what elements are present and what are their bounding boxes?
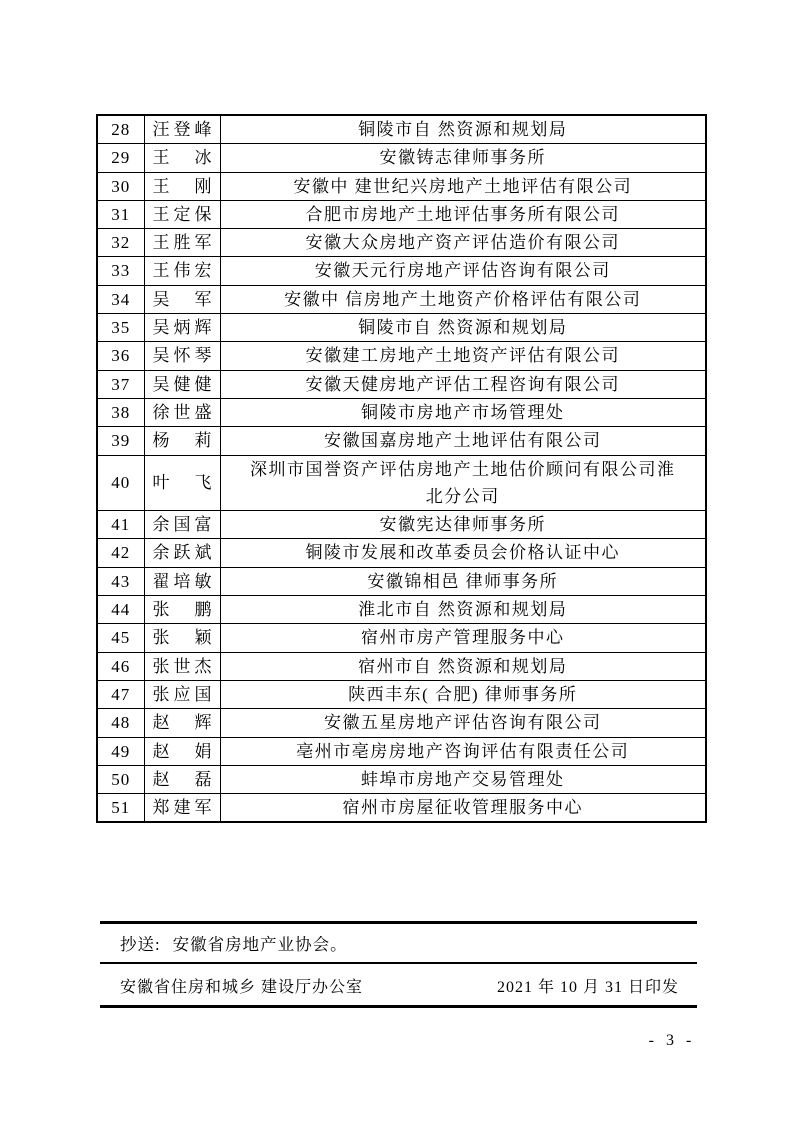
table-row: 42 余跃斌 铜陵市发展和改革委员会价格认证中心 (97, 539, 706, 567)
row-number: 46 (97, 652, 144, 680)
person-name: 张 颖 (144, 624, 220, 652)
cc-value: 安徽省房地产业协会。 (173, 935, 348, 954)
organization: 合肥市房地产土地评估事务所有限公司 (220, 200, 706, 228)
person-name: 赵 辉 (144, 709, 220, 737)
roster-table: 28 汪登峰 铜陵市自 然资源和规划局 29 王 冰 安徽铸志律师事务所 30 … (96, 114, 707, 823)
cc-label: 抄送: (120, 935, 161, 954)
person-name: 徐世盛 (144, 398, 220, 426)
organization: 淮北市自 然资源和规划局 (220, 596, 706, 624)
person-name: 吴 军 (144, 285, 220, 313)
organization: 蚌埠市房地产交易管理处 (220, 765, 706, 793)
person-name: 汪登峰 (144, 115, 220, 144)
row-number: 36 (97, 342, 144, 370)
organization: 安徽中 信房地产土地资产价格评估有限公司 (220, 285, 706, 313)
person-name: 吴炳辉 (144, 314, 220, 342)
table-row: 40 叶 飞 深圳市国誉资产评估房地产土地估价顾问有限公司淮北分公司 (97, 455, 706, 511)
organization: 安徽国嘉房地产土地评估有限公司 (220, 427, 706, 455)
organization: 铜陵市发展和改革委员会价格认证中心 (220, 539, 706, 567)
row-number: 42 (97, 539, 144, 567)
person-name: 王胜军 (144, 229, 220, 257)
table-row: 37 吴健健 安徽天健房地产评估工程咨询有限公司 (97, 370, 706, 398)
table-row: 30 王 刚 安徽中 建世纪兴房地产土地评估有限公司 (97, 172, 706, 200)
table-row: 36 吴怀琴 安徽建工房地产土地资产评估有限公司 (97, 342, 706, 370)
organization: 陕西丰东( 合肥) 律师事务所 (220, 680, 706, 708)
row-number: 45 (97, 624, 144, 652)
issuer-line: 安徽省住房和城乡 建设厅办公室 2021 年 10 月 31 日印发 (100, 976, 697, 1000)
organization: 铜陵市自 然资源和规划局 (220, 115, 706, 144)
row-number: 48 (97, 709, 144, 737)
organization: 安徽大众房地产资产评估造价有限公司 (220, 229, 706, 257)
person-name: 翟培敏 (144, 567, 220, 595)
table-row: 39 杨 莉 安徽国嘉房地产土地评估有限公司 (97, 427, 706, 455)
row-number: 43 (97, 567, 144, 595)
page-number: - 3 - (627, 1030, 717, 1052)
organization: 亳州市亳房房地产咨询评估有限责任公司 (220, 737, 706, 765)
table-row: 32 王胜军 安徽大众房地产资产评估造价有限公司 (97, 229, 706, 257)
row-number: 31 (97, 200, 144, 228)
person-name: 赵 磊 (144, 765, 220, 793)
row-number: 34 (97, 285, 144, 313)
row-number: 28 (97, 115, 144, 144)
table-row: 34 吴 军 安徽中 信房地产土地资产价格评估有限公司 (97, 285, 706, 313)
table-row: 29 王 冰 安徽铸志律师事务所 (97, 144, 706, 172)
organization: 安徽天健房地产评估工程咨询有限公司 (220, 370, 706, 398)
table-row: 45 张 颖 宿州市房产管理服务中心 (97, 624, 706, 652)
organization: 安徽铸志律师事务所 (220, 144, 706, 172)
person-name: 余国富 (144, 511, 220, 539)
organization: 安徽锦相邑 律师事务所 (220, 567, 706, 595)
footer-rule-top (100, 921, 697, 924)
table-row: 35 吴炳辉 铜陵市自 然资源和规划局 (97, 314, 706, 342)
table-row: 49 赵 娟 亳州市亳房房地产咨询评估有限责任公司 (97, 737, 706, 765)
person-name: 赵 娟 (144, 737, 220, 765)
row-number: 33 (97, 257, 144, 285)
document-page: 28 汪登峰 铜陵市自 然资源和规划局 29 王 冰 安徽铸志律师事务所 30 … (0, 0, 793, 1122)
person-name: 王定保 (144, 200, 220, 228)
table-row: 28 汪登峰 铜陵市自 然资源和规划局 (97, 115, 706, 144)
cc-line: 抄送:安徽省房地产业协会。 (100, 933, 697, 957)
table-row: 31 王定保 合肥市房地产土地评估事务所有限公司 (97, 200, 706, 228)
organization: 深圳市国誉资产评估房地产土地估价顾问有限公司淮北分公司 (220, 455, 706, 511)
person-name: 张世杰 (144, 652, 220, 680)
organization: 宿州市自 然资源和规划局 (220, 652, 706, 680)
organization: 铜陵市自 然资源和规划局 (220, 314, 706, 342)
organization: 宿州市房产管理服务中心 (220, 624, 706, 652)
organization: 安徽五星房地产评估咨询有限公司 (220, 709, 706, 737)
table-row: 44 张 鹏 淮北市自 然资源和规划局 (97, 596, 706, 624)
issuer-office: 安徽省住房和城乡 建设厅办公室 (120, 976, 363, 1000)
row-number: 29 (97, 144, 144, 172)
table-row: 33 王伟宏 安徽天元行房地产评估咨询有限公司 (97, 257, 706, 285)
print-date: 2021 年 10 月 31 日印发 (497, 976, 679, 1000)
table-row: 43 翟培敏 安徽锦相邑 律师事务所 (97, 567, 706, 595)
person-name: 杨 莉 (144, 427, 220, 455)
table-row: 47 张应国 陕西丰东( 合肥) 律师事务所 (97, 680, 706, 708)
row-number: 41 (97, 511, 144, 539)
organization: 安徽建工房地产土地资产评估有限公司 (220, 342, 706, 370)
row-number: 30 (97, 172, 144, 200)
row-number: 38 (97, 398, 144, 426)
person-name: 张应国 (144, 680, 220, 708)
table-row: 38 徐世盛 铜陵市房地产市场管理处 (97, 398, 706, 426)
roster-table-body: 28 汪登峰 铜陵市自 然资源和规划局 29 王 冰 安徽铸志律师事务所 30 … (97, 115, 706, 822)
person-name: 叶 飞 (144, 455, 220, 511)
row-number: 40 (97, 455, 144, 511)
organization: 宿州市房屋征收管理服务中心 (220, 794, 706, 823)
person-name: 张 鹏 (144, 596, 220, 624)
table-row: 51 郑建军 宿州市房屋征收管理服务中心 (97, 794, 706, 823)
row-number: 37 (97, 370, 144, 398)
row-number: 44 (97, 596, 144, 624)
row-number: 32 (97, 229, 144, 257)
person-name: 吴健健 (144, 370, 220, 398)
organization: 安徽天元行房地产评估咨询有限公司 (220, 257, 706, 285)
row-number: 50 (97, 765, 144, 793)
table-row: 48 赵 辉 安徽五星房地产评估咨询有限公司 (97, 709, 706, 737)
person-name: 王 刚 (144, 172, 220, 200)
person-name: 王 冰 (144, 144, 220, 172)
table-row: 50 赵 磊 蚌埠市房地产交易管理处 (97, 765, 706, 793)
organization: 安徽宪达律师事务所 (220, 511, 706, 539)
row-number: 35 (97, 314, 144, 342)
table-row: 41 余国富 安徽宪达律师事务所 (97, 511, 706, 539)
row-number: 47 (97, 680, 144, 708)
row-number: 51 (97, 794, 144, 823)
person-name: 郑建军 (144, 794, 220, 823)
organization: 安徽中 建世纪兴房地产土地评估有限公司 (220, 172, 706, 200)
organization: 铜陵市房地产市场管理处 (220, 398, 706, 426)
footer-rule-bottom (100, 1005, 697, 1008)
row-number: 49 (97, 737, 144, 765)
person-name: 王伟宏 (144, 257, 220, 285)
table-row: 46 张世杰 宿州市自 然资源和规划局 (97, 652, 706, 680)
footer-rule-middle (100, 962, 697, 964)
person-name: 余跃斌 (144, 539, 220, 567)
person-name: 吴怀琴 (144, 342, 220, 370)
row-number: 39 (97, 427, 144, 455)
